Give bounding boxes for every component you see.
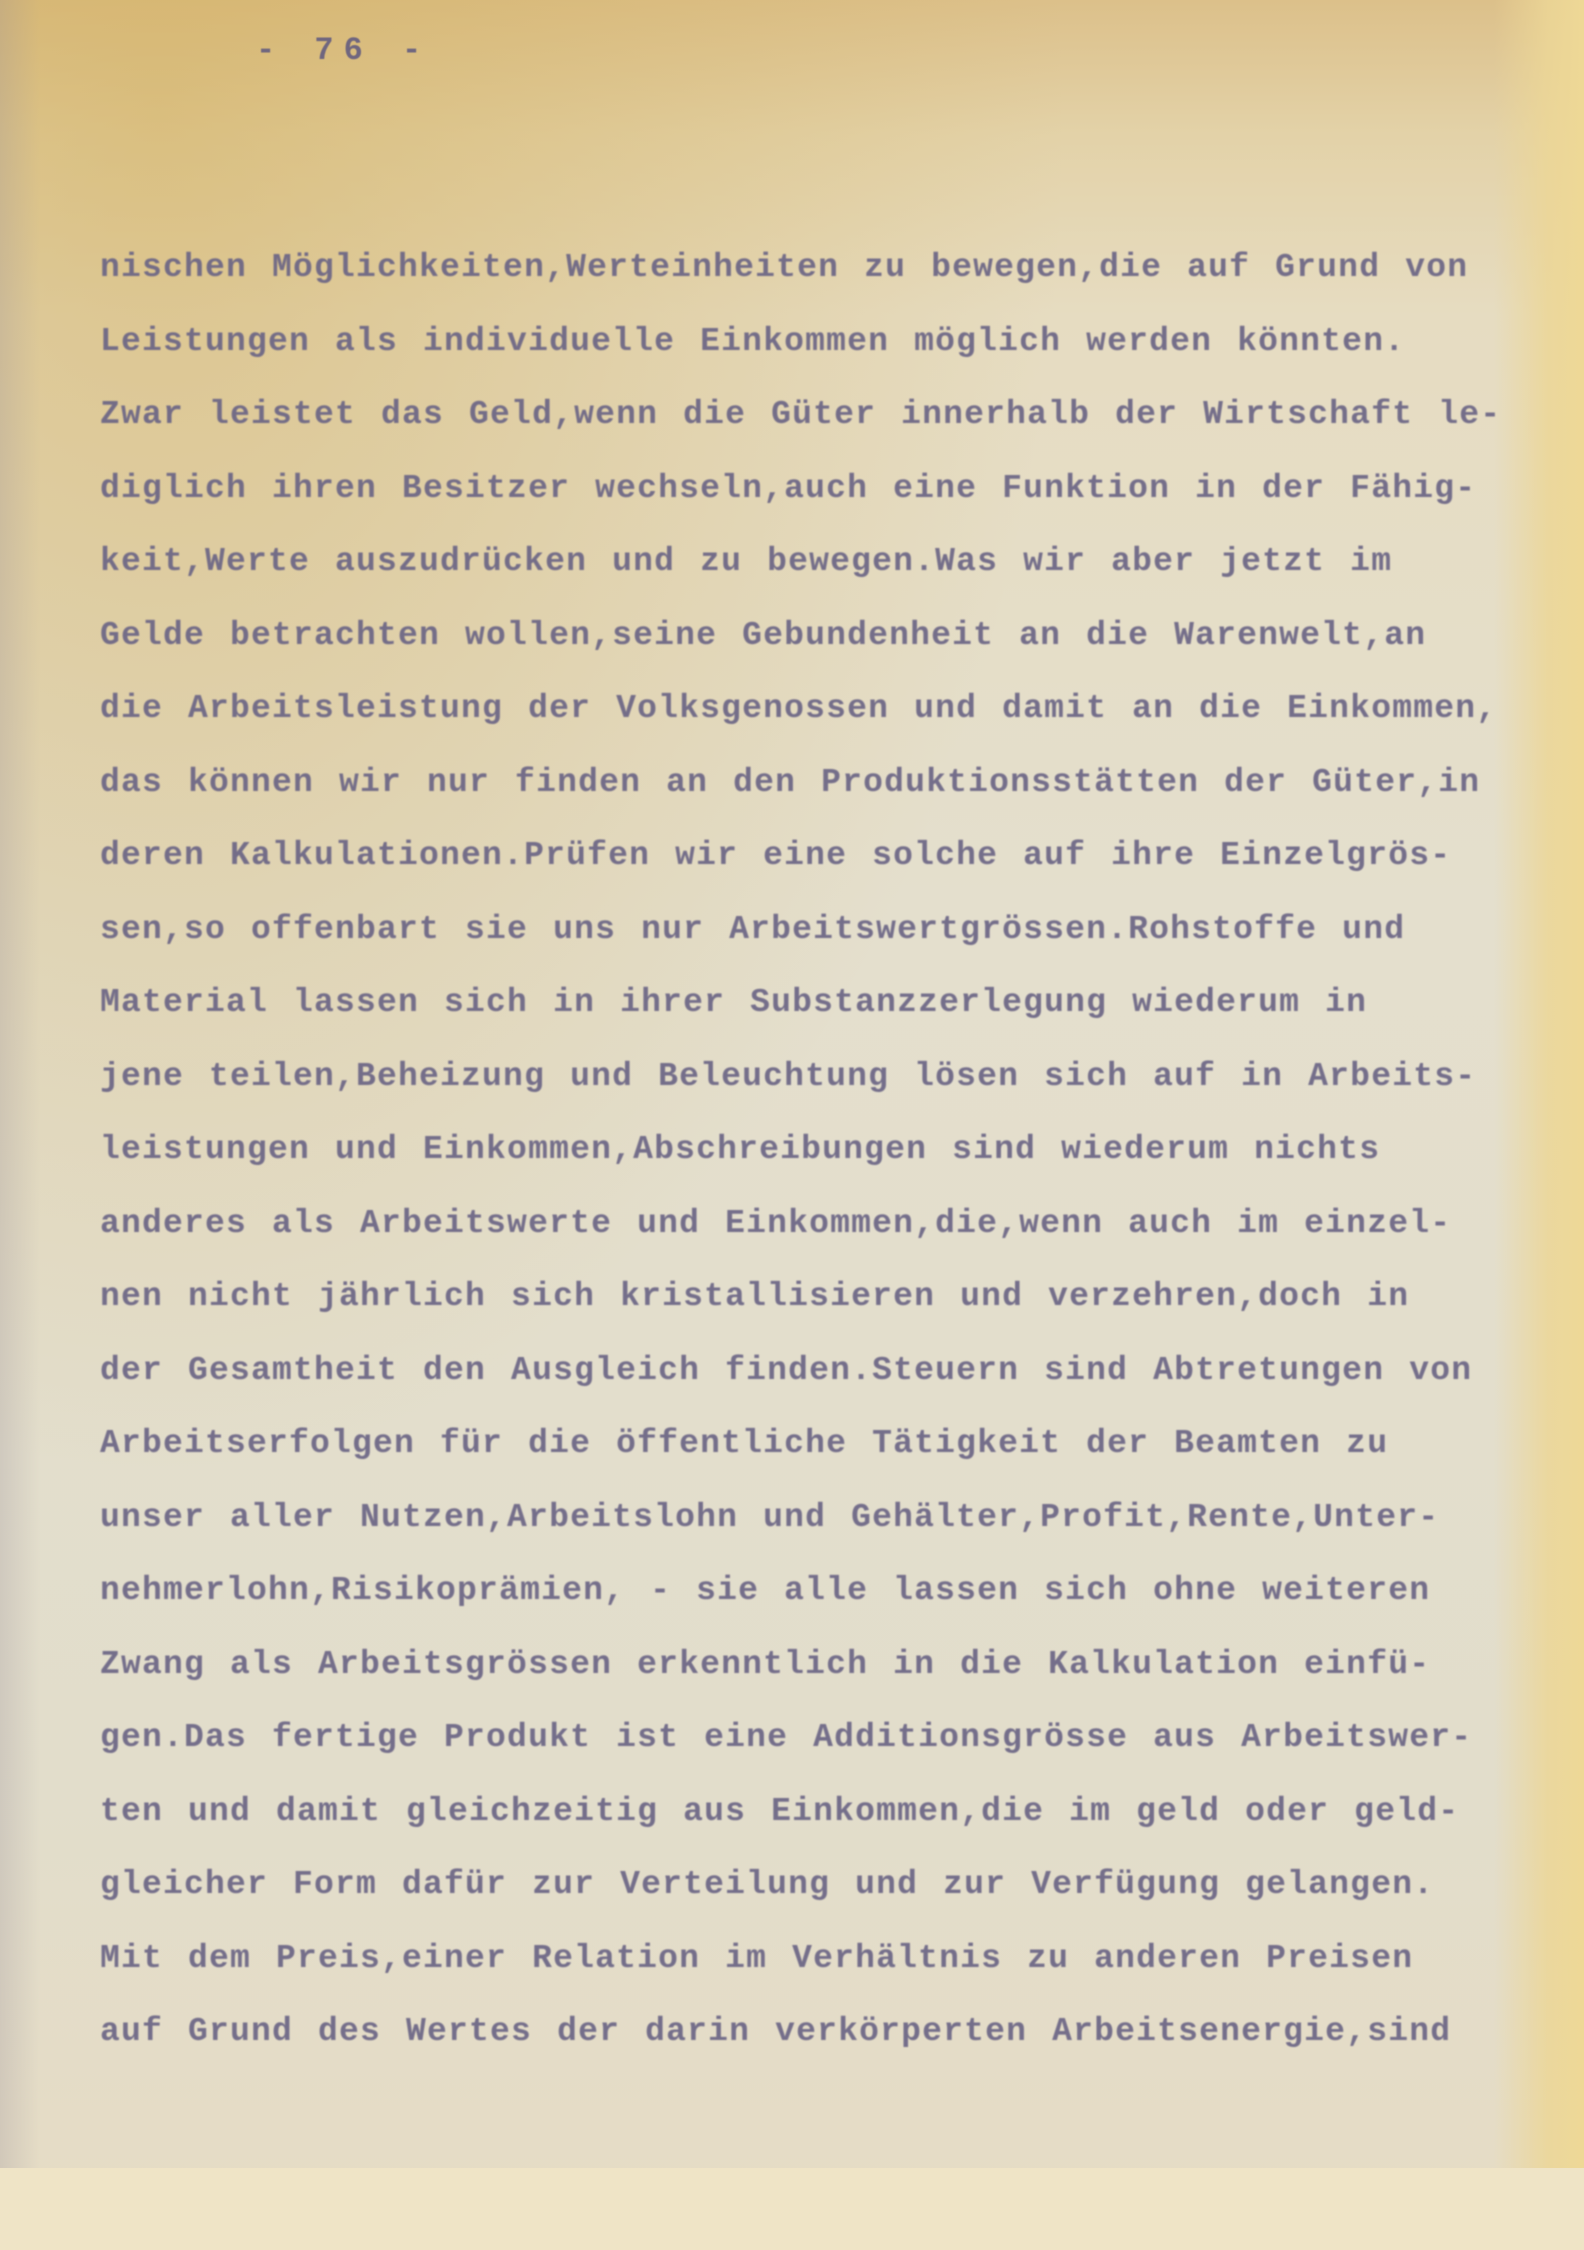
text-line: deren Kalkulationen.Prüfen wir eine solc… bbox=[100, 836, 1560, 910]
text-line: auf Grund des Wertes der darin verkörper… bbox=[100, 2012, 1560, 2086]
text-line: keit,Werte auszudrücken und zu bewegen.W… bbox=[100, 542, 1560, 616]
text-line: leistungen und Einkommen,Abschreibungen … bbox=[100, 1130, 1560, 1204]
text-line: nen nicht jährlich sich kristallisieren … bbox=[100, 1277, 1560, 1351]
text-line: gen.Das fertige Produkt ist eine Additio… bbox=[100, 1718, 1560, 1792]
text-line: unser aller Nutzen,Arbeitslohn und Gehäl… bbox=[100, 1498, 1560, 1572]
typewritten-body: nischen Möglichkeiten,Werteinheiten zu b… bbox=[100, 248, 1560, 2086]
text-line: diglich ihren Besitzer wechseln,auch ein… bbox=[100, 469, 1560, 543]
text-line: sen,so offenbart sie uns nur Arbeitswert… bbox=[100, 910, 1560, 984]
text-line: ten und damit gleichzeitig aus Einkommen… bbox=[100, 1792, 1560, 1866]
text-line: der Gesamtheit den Ausgleich finden.Steu… bbox=[100, 1351, 1560, 1425]
text-line: nehmerlohn,Risikoprämien, - sie alle las… bbox=[100, 1571, 1560, 1645]
paper-edge-bottom bbox=[0, 2168, 1584, 2250]
text-line: anderes als Arbeitswerte und Einkommen,d… bbox=[100, 1204, 1560, 1278]
text-line: gleicher Form dafür zur Verteilung und z… bbox=[100, 1865, 1560, 1939]
text-line: nischen Möglichkeiten,Werteinheiten zu b… bbox=[100, 248, 1560, 322]
scan-shadow-left bbox=[0, 0, 40, 2170]
text-line: Gelde betrachten wollen,seine Gebundenhe… bbox=[100, 616, 1560, 690]
text-line: Mit dem Preis,einer Relation im Verhältn… bbox=[100, 1939, 1560, 2013]
text-line: Arbeitserfolgen für die öffentliche Täti… bbox=[100, 1424, 1560, 1498]
text-line: das können wir nur finden an den Produkt… bbox=[100, 763, 1560, 837]
text-line: jene teilen,Beheizung und Beleuchtung lö… bbox=[100, 1057, 1560, 1131]
page-number: - 76 - bbox=[256, 32, 431, 69]
text-line: Leistungen als individuelle Einkommen mö… bbox=[100, 322, 1560, 396]
text-line: die Arbeitsleistung der Volksgenossen un… bbox=[100, 689, 1560, 763]
text-line: Zwar leistet das Geld,wenn die Güter inn… bbox=[100, 395, 1560, 469]
text-line: Zwang als Arbeitsgrössen erkenntlich in … bbox=[100, 1645, 1560, 1719]
text-line: Material lassen sich in ihrer Substanzze… bbox=[100, 983, 1560, 1057]
